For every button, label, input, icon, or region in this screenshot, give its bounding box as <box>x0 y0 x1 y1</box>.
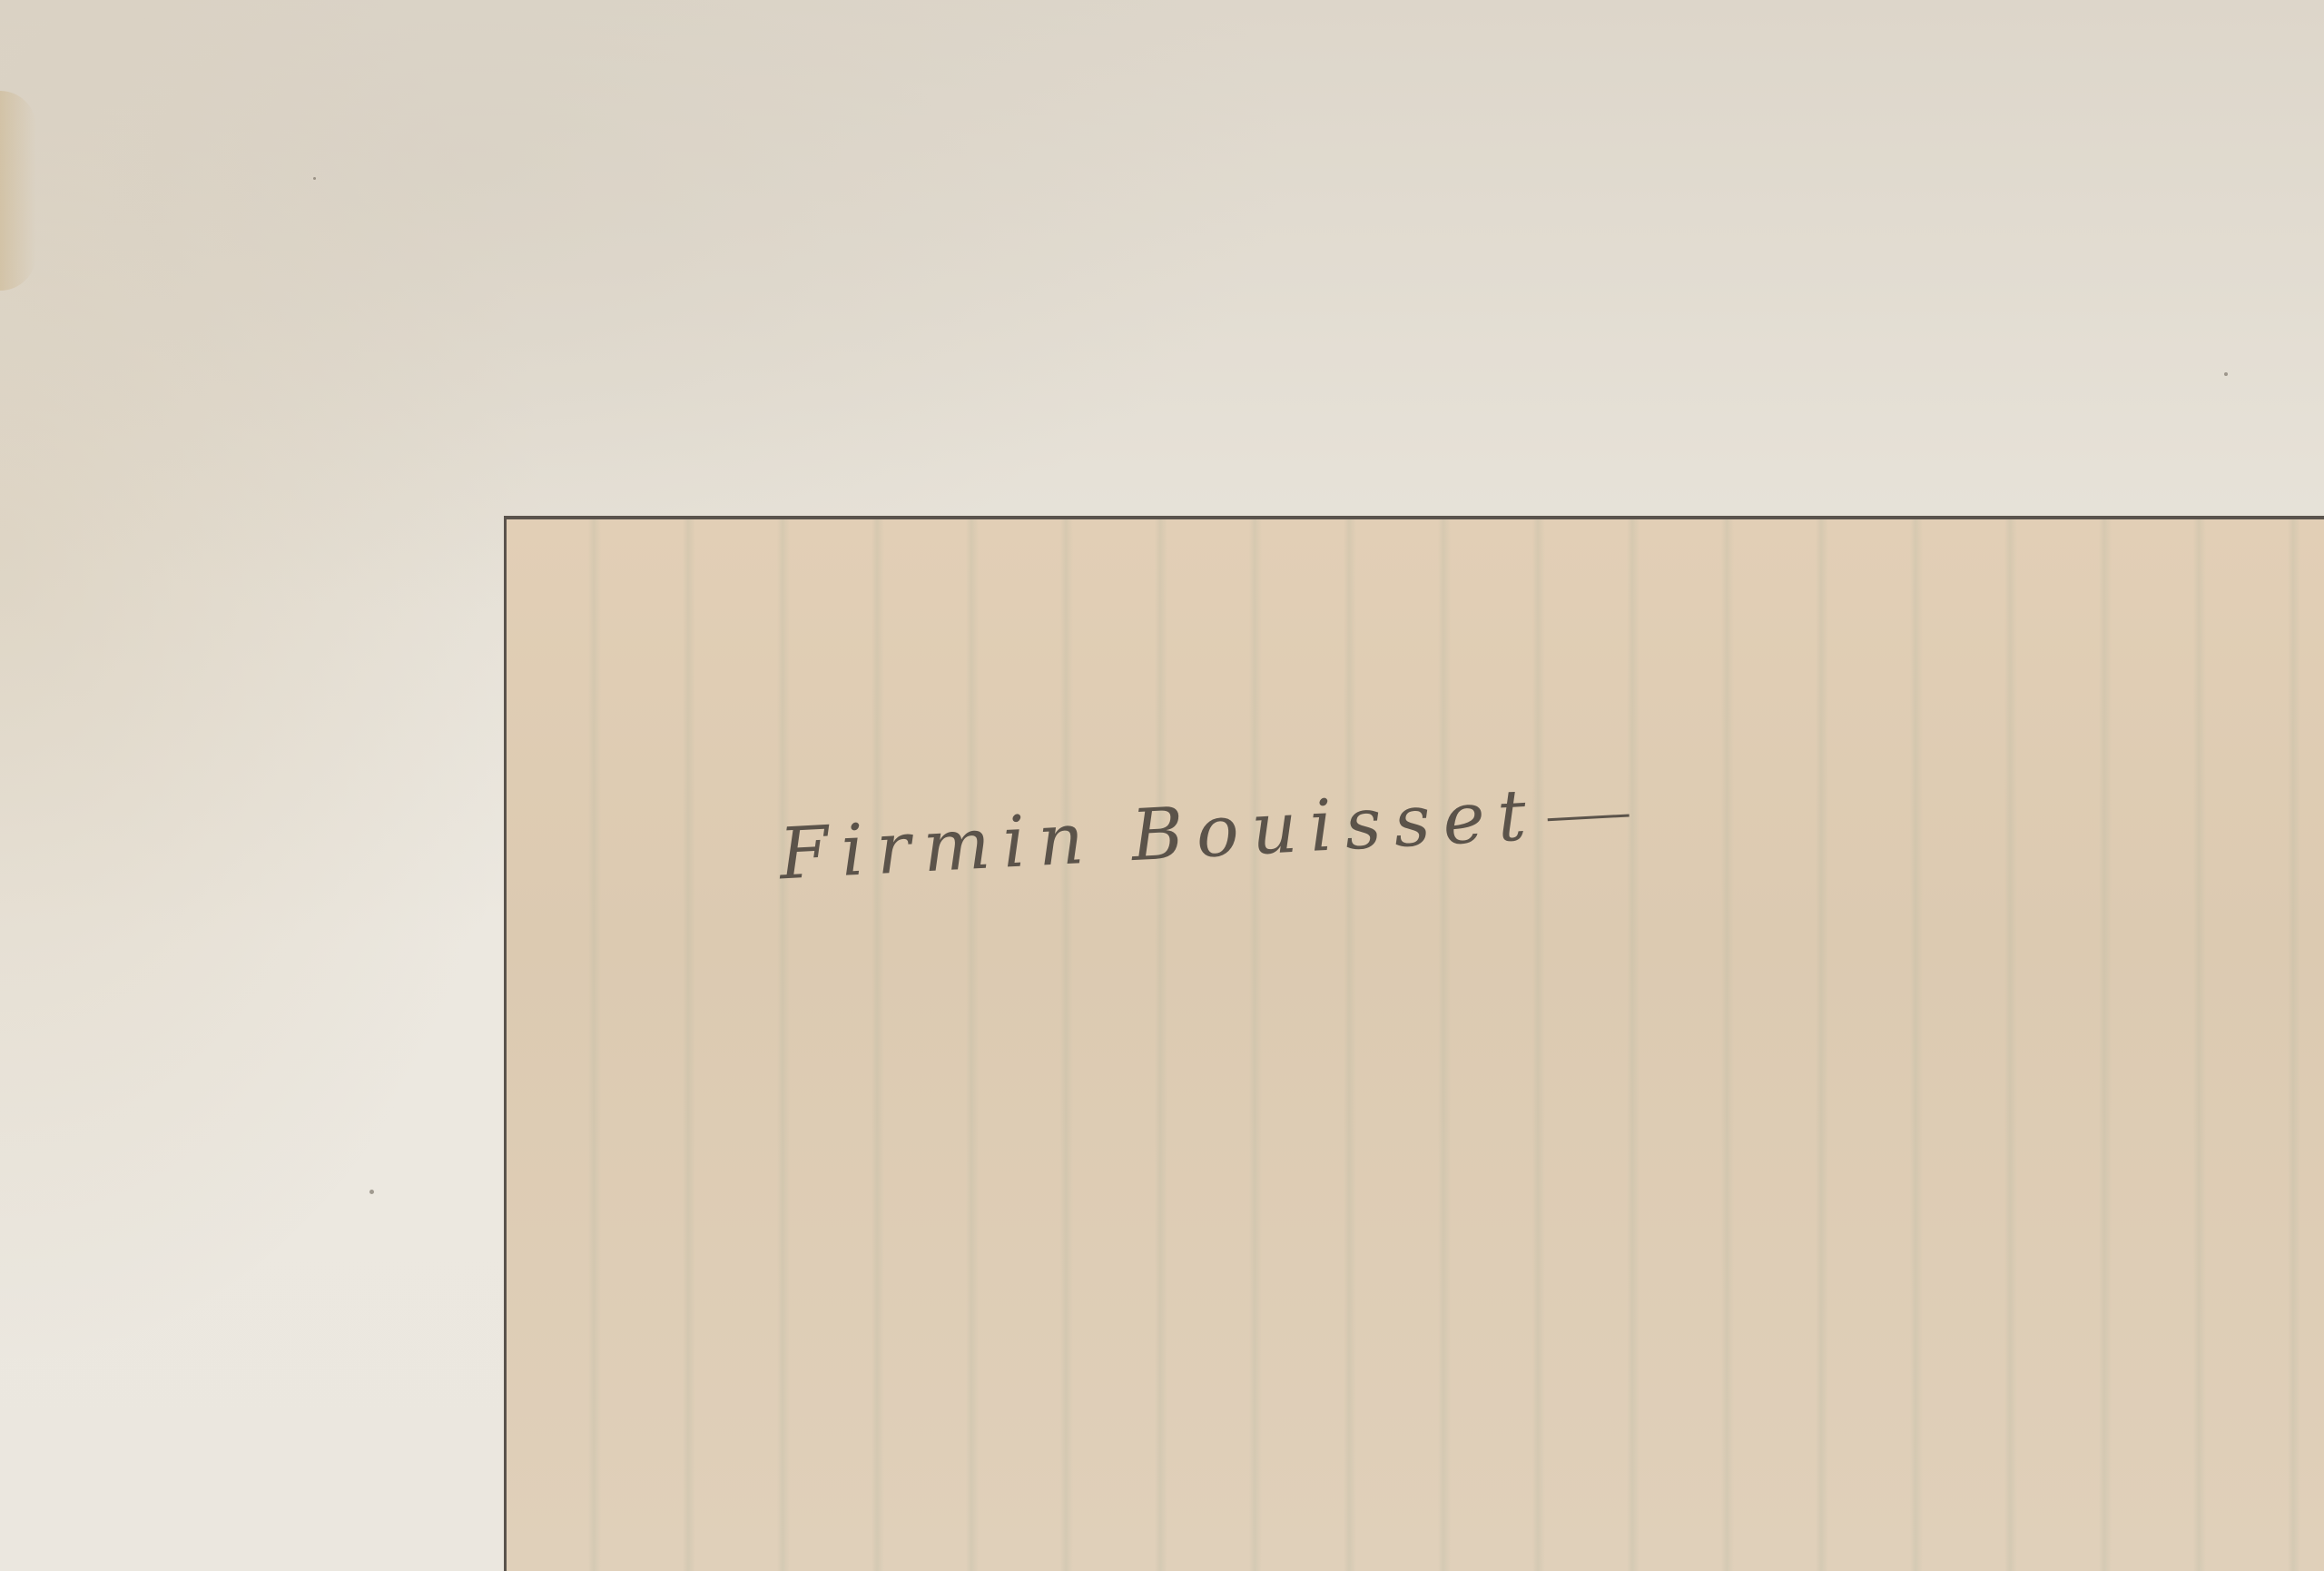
artist-signature: Firmin Bouisset <box>777 770 1631 896</box>
signature-text: Firmin Bouisset <box>777 775 1541 896</box>
paper-speck <box>313 177 316 180</box>
lithograph-print-area: Firmin Bouisset <box>504 516 2324 1571</box>
paper-speck <box>2224 372 2228 376</box>
paper-stain <box>0 91 36 291</box>
paper-speck <box>369 1190 374 1194</box>
signature-flourish <box>1548 814 1630 821</box>
